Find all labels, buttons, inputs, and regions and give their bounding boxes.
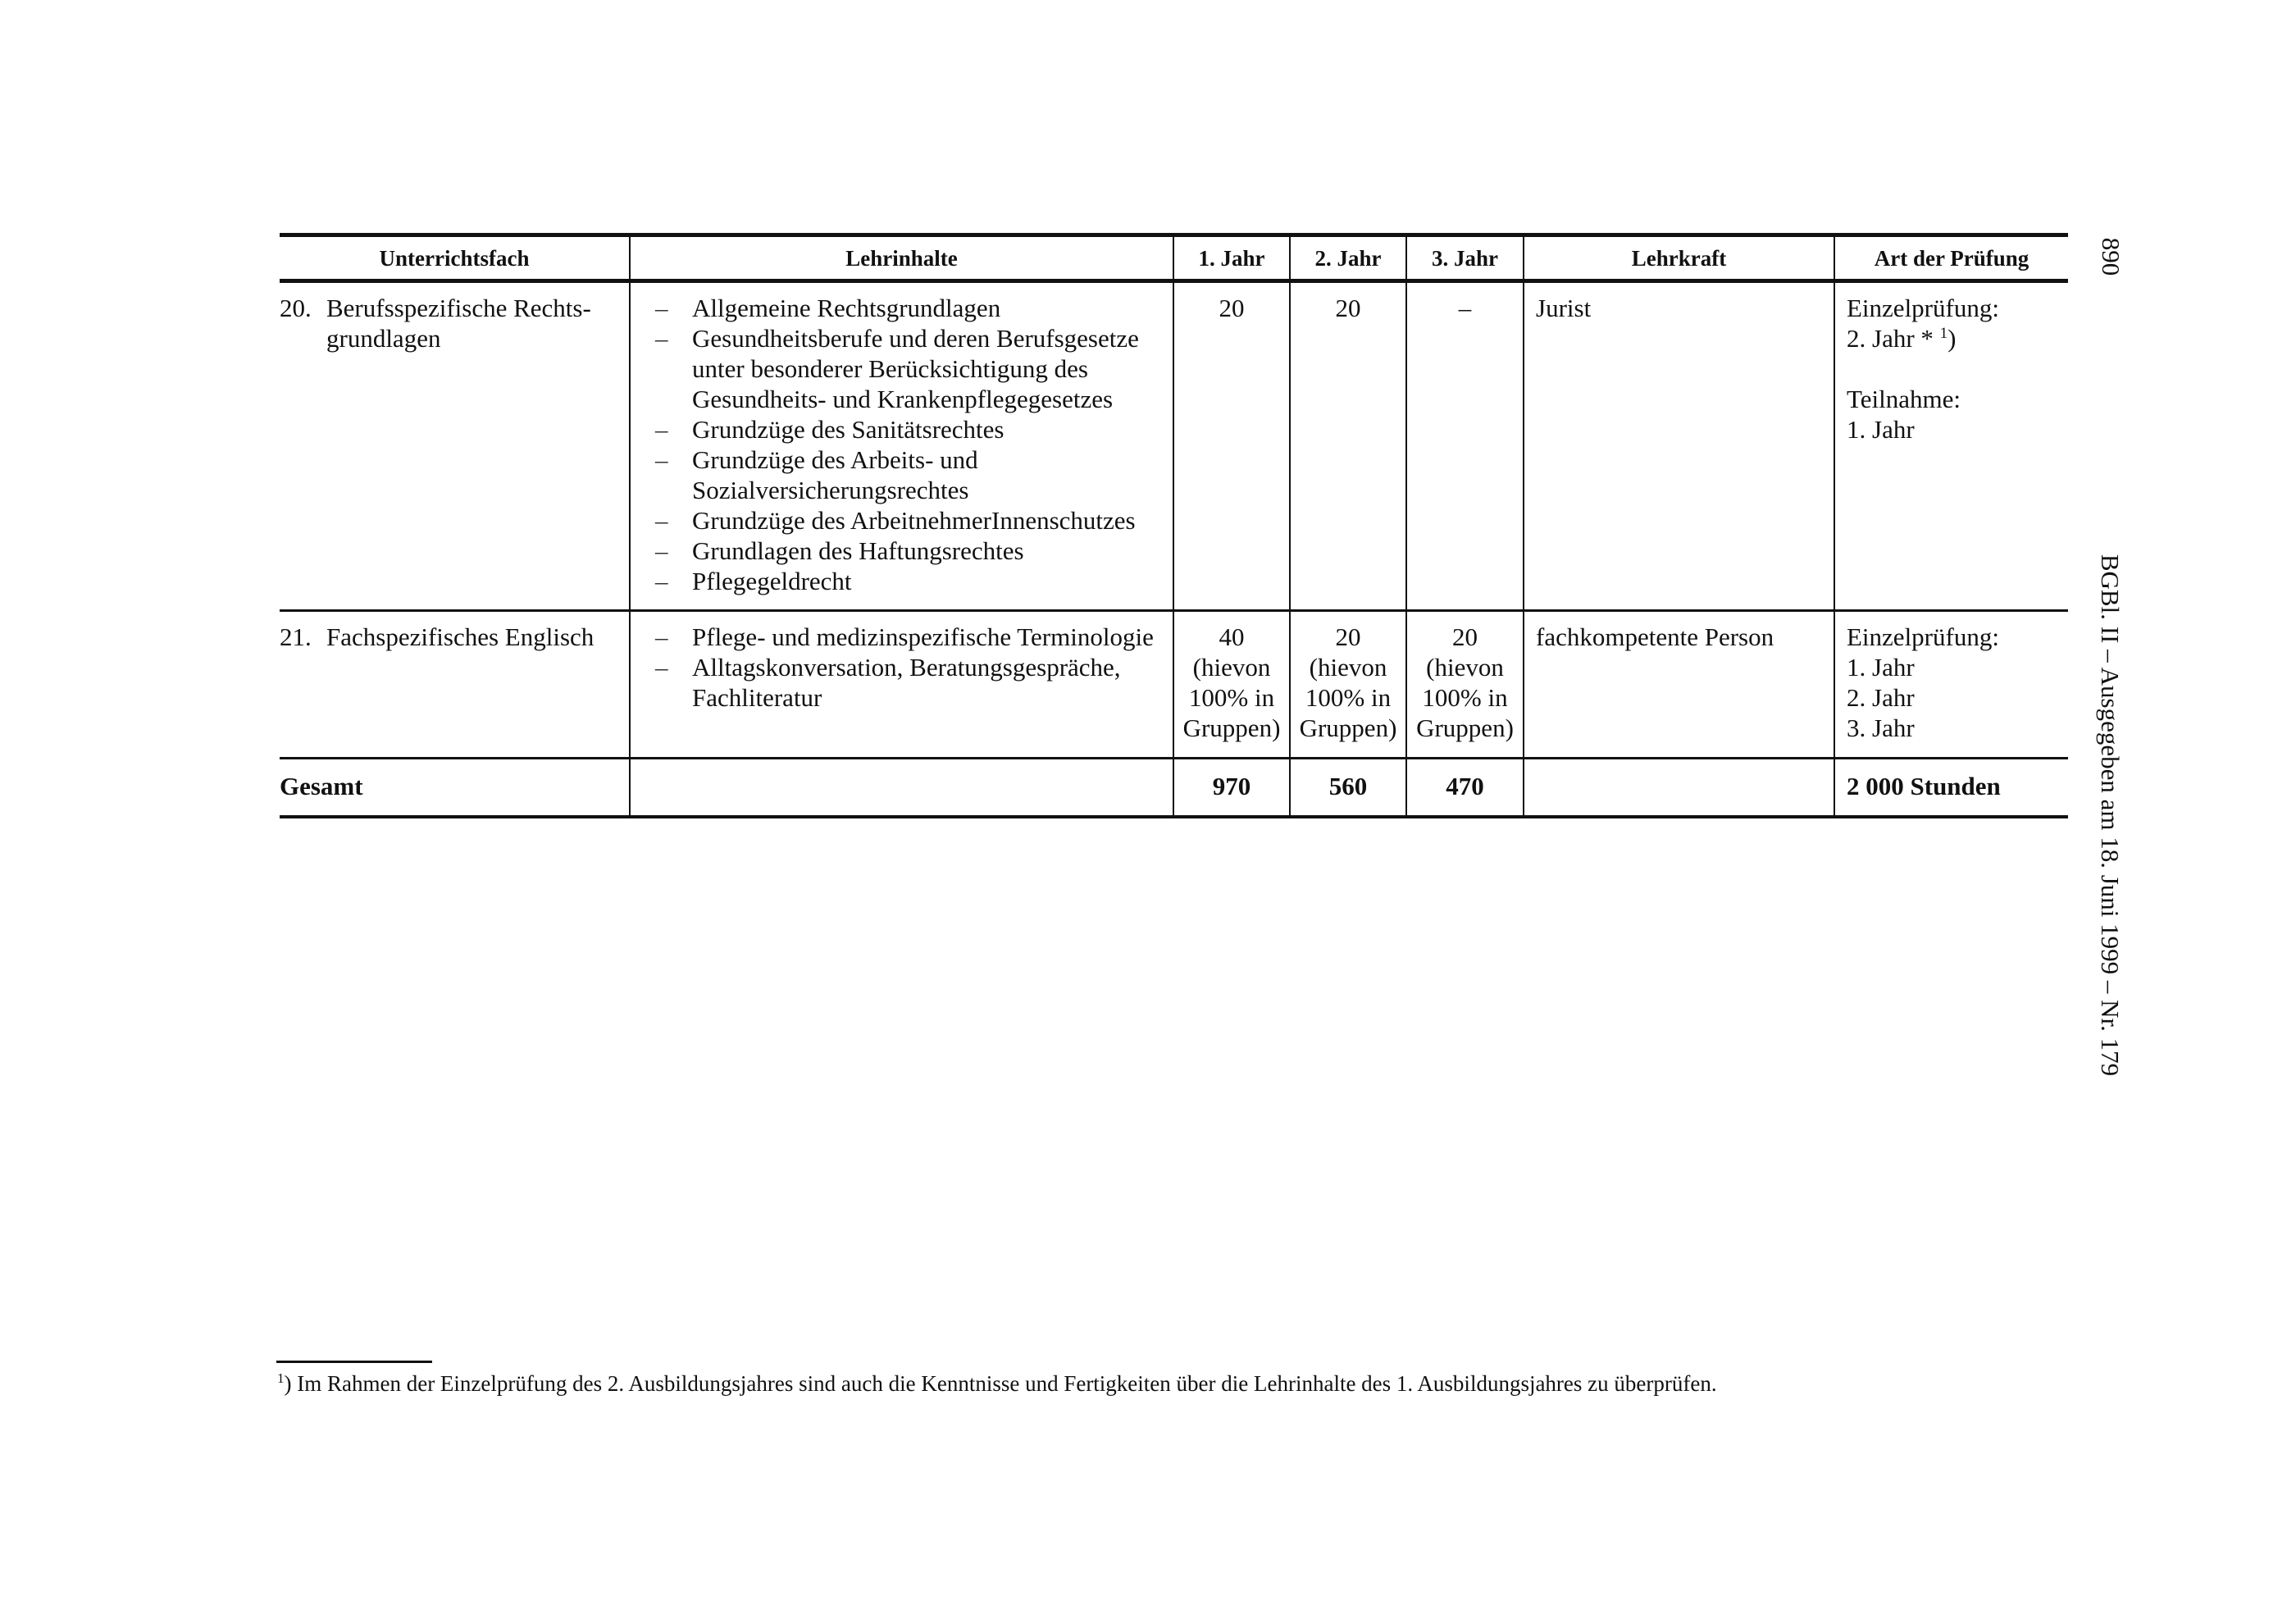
exam-line: Teilnahme: (1847, 384, 2057, 414)
footnote-text: ) Im Rahmen der Einzelprüfung des 2. Aus… (285, 1371, 1717, 1396)
contents-list: Allgemeine Rechtsgrundlagen Gesundheitsb… (642, 293, 1161, 596)
list-item: Grundzüge des Sanitätsrechtes (655, 414, 1161, 445)
exam-line: 1. Jahr (1847, 414, 2057, 445)
list-item: Allgemeine Rechtsgrundlagen (655, 293, 1161, 323)
list-item: Gesundheitsberufe und deren Berufsgesetz… (655, 323, 1161, 414)
subject-cell: 20. Berufsspezifische Rechts- grundlagen (280, 281, 630, 611)
header-exam-type: Art der Prüfung (1834, 235, 2068, 281)
curriculum-table: Unterrichtsfach Lehrinhalte 1. Jahr 2. J… (280, 233, 2068, 818)
exam-line: 2. Jahr * 1) (1847, 323, 2057, 353)
running-header: BGBl. II – Ausgegeben am 18. Juni 1999 –… (2095, 554, 2125, 1076)
year2-hours: 20 (hievon 100% in Gruppen) (1290, 611, 1406, 759)
contents-list: Pflege- und medizinspezifische Terminolo… (642, 622, 1161, 713)
footnote-reference[interactable]: 1 (1940, 325, 1948, 342)
footnote-marker: 1 (277, 1370, 285, 1386)
contents-cell: Pflege- und medizinspezifische Terminolo… (630, 611, 1173, 759)
total-teacher-empty (1524, 759, 1834, 818)
year3-hours: – (1406, 281, 1524, 611)
table-header-row: Unterrichtsfach Lehrinhalte 1. Jahr 2. J… (280, 235, 2068, 281)
footnote-divider (276, 1361, 432, 1363)
list-item: Alltagskonversation, Beratungsgespräche,… (655, 652, 1161, 713)
exam-line: Einzelprüfung: (1847, 293, 2057, 323)
list-item: Grundlagen des Haftungsrechtes (655, 536, 1161, 566)
subject-number: 21. (280, 622, 326, 652)
contents-cell: Allgemeine Rechtsgrundlagen Gesundheitsb… (630, 281, 1173, 611)
table-row: 20. Berufsspezifische Rechts- grundlagen… (280, 281, 2068, 611)
year1-hours: 40 (hievon 100% in Gruppen) (1173, 611, 1290, 759)
total-row: Gesamt 970 560 470 2 000 Stunden (280, 759, 2068, 818)
total-year2: 560 (1290, 759, 1406, 818)
footnote: 1) Im Rahmen der Einzelprüfung des 2. Au… (277, 1371, 1717, 1396)
subject-name: Fachspezifisches Englisch (326, 622, 617, 652)
total-contents-empty (630, 759, 1173, 818)
exam-line: 1. Jahr (1847, 652, 2057, 682)
year3-hours: 20 (hievon 100% in Gruppen) (1406, 611, 1524, 759)
exam-line: 2. Jahr (1847, 682, 2057, 713)
exam-line: 3. Jahr (1847, 713, 2057, 743)
subject-number: 20. (280, 293, 326, 353)
teacher-cell: Jurist (1524, 281, 1834, 611)
subject-cell: 21. Fachspezifisches Englisch (280, 611, 630, 759)
exam-line: Einzelprüfung: (1847, 622, 2057, 652)
exam-cell: Einzelprüfung: 1. Jahr 2. Jahr 3. Jahr (1834, 611, 2068, 759)
header-contents: Lehrinhalte (630, 235, 1173, 281)
list-item: Pflegegeldrecht (655, 566, 1161, 596)
subject-name: Berufsspezifische Rechts- grundlagen (326, 293, 617, 353)
header-year1: 1. Jahr (1173, 235, 1290, 281)
page-number: 890 (2096, 238, 2125, 276)
document-page: Unterrichtsfach Lehrinhalte 1. Jahr 2. J… (0, 0, 2296, 1623)
list-item: Grundzüge des ArbeitnehmerInnenschutzes (655, 505, 1161, 536)
total-hours: 2 000 Stunden (1834, 759, 2068, 818)
list-item: Grundzüge des Arbeits- und Sozialversich… (655, 445, 1161, 505)
year1-hours: 20 (1173, 281, 1290, 611)
table-row: 21. Fachspezifisches Englisch Pflege- un… (280, 611, 2068, 759)
year2-hours: 20 (1290, 281, 1406, 611)
header-year2: 2. Jahr (1290, 235, 1406, 281)
total-year3: 470 (1406, 759, 1524, 818)
list-item: Pflege- und medizinspezifische Terminolo… (655, 622, 1161, 652)
teacher-cell: fachkompetente Person (1524, 611, 1834, 759)
exam-cell: Einzelprüfung: 2. Jahr * 1) Teilnahme: 1… (1834, 281, 2068, 611)
total-year1: 970 (1173, 759, 1290, 818)
header-teacher: Lehrkraft (1524, 235, 1834, 281)
total-label: Gesamt (280, 759, 630, 818)
header-subject: Unterrichtsfach (280, 235, 630, 281)
header-year3: 3. Jahr (1406, 235, 1524, 281)
